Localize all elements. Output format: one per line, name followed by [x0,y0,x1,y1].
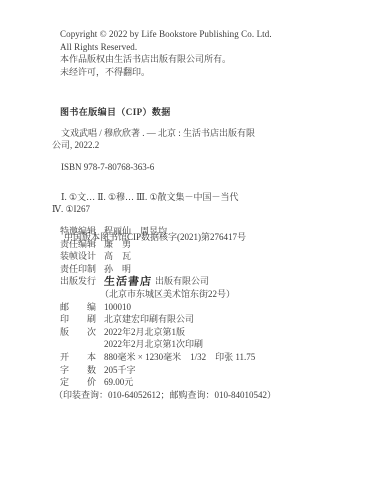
copyright-english-line2: All Rights Reserved. [60,41,272,54]
cip-book-line1: 文戏武唱 / 穆欣欣著 . — 北京 : 生活书店出版有限 [52,127,322,139]
copyright-chinese-line2: 未经许可，不得翻印。 [60,66,272,79]
field-value: 880毫米 × 1230毫米 1/32 印张 11.75 [96,351,255,364]
field-value: 北京建宏印刷有限公司 [96,313,194,326]
field-label: 责任印制 [60,263,96,276]
field-value: 程丽仙 周昱均 [96,225,167,238]
copyright-chinese-line1: 本作品版权由生活书店出版有限公司所有。 [60,53,272,66]
cip-classification: Ⅰ. ①文… Ⅱ. ①穆… Ⅲ. ①散文集－中国－当代 Ⅳ. ①I267 [52,191,322,215]
colophon-row-printer: 印 刷 北京建宏印刷有限公司 [60,313,360,326]
cip-isbn: ISBN 978-7-80768-363-6 [52,161,322,173]
staff-row-designer: 装帧设计 高 瓦 [60,250,360,263]
staff-row-guest-editor: 特邀编辑 程丽仙 周昱均 [60,225,360,238]
field-label: 特邀编辑 [60,225,96,238]
field-label: 出版发行 [60,275,96,288]
colophon-row-postcode: 邮 编 100010 [60,301,360,314]
field-label: 定 价 [60,376,96,389]
cip-class-line1: Ⅰ. ①文… Ⅱ. ①穆… Ⅲ. ①散文集－中国－当代 [52,191,322,203]
publisher-address-row: （北京市东城区美术馆东街22号） [60,288,360,301]
publisher-address: （北京市东城区美术馆东街22号） [96,288,235,301]
colophon-row-wordcount: 字 数 205千字 [60,364,360,377]
field-label: 开 本 [60,351,96,364]
cip-data-block: 图书在版编目（CIP）数据 文戏武唱 / 穆欣欣著 . — 北京 : 生活书店出… [52,106,322,243]
cip-heading: 图书在版编目（CIP）数据 [52,106,322,118]
field-value: 69.00元 [96,376,133,389]
staff-row-editor: 责任编辑 廉 勇 [60,238,360,251]
field-value: 100010 [96,301,131,314]
colophon-row-format: 开 本 880毫米 × 1230毫米 1/32 印张 11.75 [60,351,360,364]
field-label-empty [60,288,96,301]
field-label: 装帧设计 [60,250,96,263]
field-label: 版 次 [60,326,96,339]
copyright-block: Copyright © 2022 by Life Bookstore Publi… [60,28,272,78]
cip-class-line2: Ⅳ. ①I267 [52,203,322,215]
staff-row-print-supervisor: 责任印制 孙 明 [60,263,360,276]
field-value: 2022年2月北京第1次印刷 [96,338,203,351]
field-value: 205千字 [96,364,136,377]
field-label: 邮 编 [60,301,96,314]
field-label: 字 数 [60,364,96,377]
colophon-row-price: 定 价 69.00元 [60,376,360,389]
field-value: 孙 明 [96,263,131,276]
field-value: 2022年2月北京第1版 [96,326,185,339]
field-label-empty [60,338,96,351]
field-label: 责任编辑 [60,238,96,251]
cip-book-line2: 公司, 2022.2 [52,139,322,151]
cip-book-entry: 文戏武唱 / 穆欣欣著 . — 北京 : 生活书店出版有限 公司, 2022.2 [52,127,322,151]
publisher-name: 生活書店出版有限公司 [96,275,209,288]
publisher-row: 出版发行 生活書店出版有限公司 [60,275,360,288]
field-value: 廉 勇 [96,238,131,251]
publisher-suffix: 出版有限公司 [155,276,209,286]
colophon-row-edition: 版 次 2022年2月北京第1版 [60,326,360,339]
field-value: 高 瓦 [96,250,131,263]
colophon-row-printing: 2022年2月北京第1次印刷 [60,338,360,351]
colophon-block: 特邀编辑 程丽仙 周昱均 责任编辑 廉 勇 装帧设计 高 瓦 责任印制 孙 明 … [60,225,360,402]
inquiry-phone-line: （印装查询：010-64052612；邮购查询：010-84010542） [54,389,360,402]
publisher-logo-wordmark: 生活書店 [104,276,153,289]
copyright-english-line1: Copyright © 2022 by Life Bookstore Publi… [60,28,272,41]
field-label: 印 刷 [60,313,96,326]
